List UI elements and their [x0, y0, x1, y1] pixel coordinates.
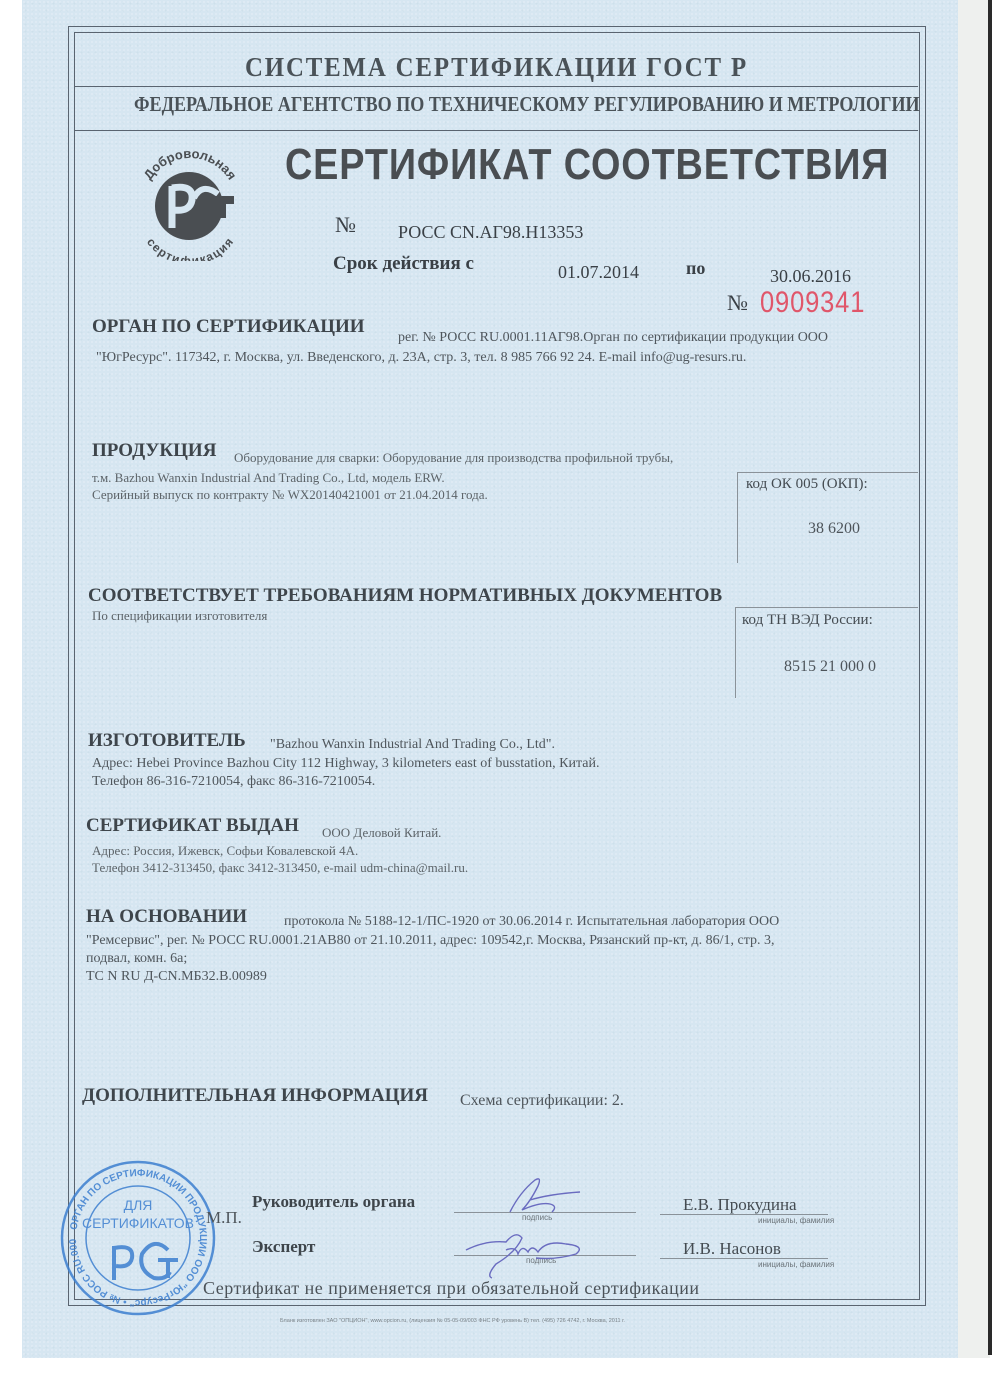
serial-number-label: № — [727, 290, 748, 316]
issued-to-address: Адрес: Россия, Ижевск, Софьи Ковалевской… — [92, 843, 358, 859]
stamp-place-label: М.П. — [206, 1208, 242, 1228]
issued-to-title: СЕРТИФИКАТ ВЫДАН — [86, 815, 299, 837]
head-name-caption: инициалы, фамилия — [758, 1216, 834, 1225]
manufacturer-title: ИЗГОТОВИТЕЛЬ — [88, 730, 246, 752]
okp-code-label: код ОК 005 (ОКП): — [746, 476, 868, 493]
header-divider-1 — [75, 86, 918, 87]
expert-name: И.В. Насонов — [683, 1239, 781, 1259]
product-line-2: т.м. Bazhou Wanxin Industrial And Tradin… — [92, 470, 445, 486]
head-signature-icon — [480, 1172, 600, 1222]
svg-text:ДЛЯ: ДЛЯ — [124, 1197, 153, 1213]
certification-body-stamp-icon: ОРГАН ПО СЕРТИФИКАЦИИ ПРОДУКЦИИ ООО "ЮгР… — [58, 1158, 218, 1318]
issued-to-phone: Телефон 3412-313450, факс 3412-313450, e… — [92, 860, 468, 876]
agency-name: ФЕДЕРАЛЬНОЕ АГЕНТСТВО ПО ТЕХНИЧЕСКОМУ РЕ… — [134, 92, 859, 117]
basis-line-2: "Ремсервис", рег. № РОСС RU.0001.21АВ80 … — [86, 933, 775, 949]
certification-body-line-2: "ЮгРесурс". 117342, г. Москва, ул. Введе… — [96, 350, 746, 366]
additional-info-title: ДОПОЛНИТЕЛЬНАЯ ИНФОРМАЦИЯ — [82, 1085, 428, 1107]
certification-body-line-1: рег. № РОСС RU.0001.11АГ98.Орган по серт… — [398, 330, 828, 346]
head-name-line — [660, 1214, 828, 1215]
product-title: ПРОДУКЦИЯ — [92, 440, 216, 462]
expert-signature-icon — [456, 1220, 616, 1280]
product-line-3: Серийный выпуск по контракту № WX2014042… — [92, 487, 488, 503]
certification-body-title: ОРГАН ПО СЕРТИФИКАЦИИ — [92, 316, 365, 338]
issued-to-name: ООО Деловой Китай. — [322, 825, 441, 841]
certificate-number: РОСС CN.АГ98.Н13353 — [398, 222, 583, 243]
validity-label: Срок действия с — [333, 253, 474, 275]
basis-line-3: подвал, комн. 6а; — [86, 951, 187, 967]
product-line-1: Оборудование для сварки: Оборудование дл… — [234, 450, 673, 466]
valid-from: 01.07.2014 — [558, 262, 639, 283]
manufacturer-address: Адрес: Hebei Province Bazhou City 112 Hi… — [92, 756, 600, 772]
okp-code-value: 38 6200 — [808, 520, 860, 538]
expert-label: Эксперт — [252, 1237, 315, 1257]
compliance-title: СООТВЕТСТВУЕТ ТРЕБОВАНИЯМ НОРМАТИВНЫХ ДО… — [88, 585, 722, 607]
manufacturer-name: "Bazhou Wanxin Industrial And Trading Co… — [270, 737, 555, 753]
head-of-body-label: Руководитель органа — [252, 1192, 415, 1212]
head-name: Е.В. Прокудина — [683, 1195, 797, 1215]
compliance-line-1: По спецификации изготовителя — [92, 608, 267, 624]
rst-logo-icon: Добровольная сертификация — [132, 146, 247, 261]
manufacturer-phone: Телефон 86-316-7210054, факс 86-316-7210… — [92, 774, 375, 790]
svg-text:СЕРТИФИКАТОВ: СЕРТИФИКАТОВ — [82, 1215, 194, 1231]
tnved-code-label: код ТН ВЭД России: — [742, 612, 873, 629]
certificate-number-label: № — [335, 212, 356, 238]
certification-scheme: Схема сертификации: 2. — [460, 1092, 624, 1110]
svg-text:ОРГАН ПО СЕРТИФИКАЦИИ ПРОДУКЦИ: ОРГАН ПО СЕРТИФИКАЦИИ ПРОДУКЦИИ ООО "ЮгР… — [58, 1158, 208, 1308]
tnved-code-value: 8515 21 000 0 — [784, 658, 876, 676]
valid-to-label: по — [686, 258, 705, 279]
basis-line-1: протокола № 5188-12-1/ПС-1920 от 30.06.2… — [284, 914, 779, 930]
scan-edge — [958, 0, 990, 1358]
certificate-title: СЕРТИФИКАТ СООТВЕТСТВИЯ — [285, 140, 889, 190]
blank-printer-info: Бланк изготовлен ЗАО "ОПЦИОН", www.opcio… — [280, 1318, 625, 1324]
voluntary-notice: Сертификат не применяется при обязательн… — [203, 1278, 699, 1299]
valid-to: 30.06.2016 — [770, 266, 851, 287]
scan-edge-line — [988, 0, 992, 1355]
expert-name-line — [660, 1258, 828, 1259]
basis-title: НА ОСНОВАНИИ — [86, 906, 247, 928]
serial-number: 0909341 — [760, 286, 865, 320]
basis-line-4: ТС N RU Д-CN.МБ32.В.00989 — [86, 969, 267, 985]
certification-system-title: СИСТЕМА СЕРТИФИКАЦИИ ГОСТ Р — [109, 52, 885, 83]
expert-name-caption: инициалы, фамилия — [758, 1260, 834, 1269]
header-divider-2 — [75, 130, 918, 131]
